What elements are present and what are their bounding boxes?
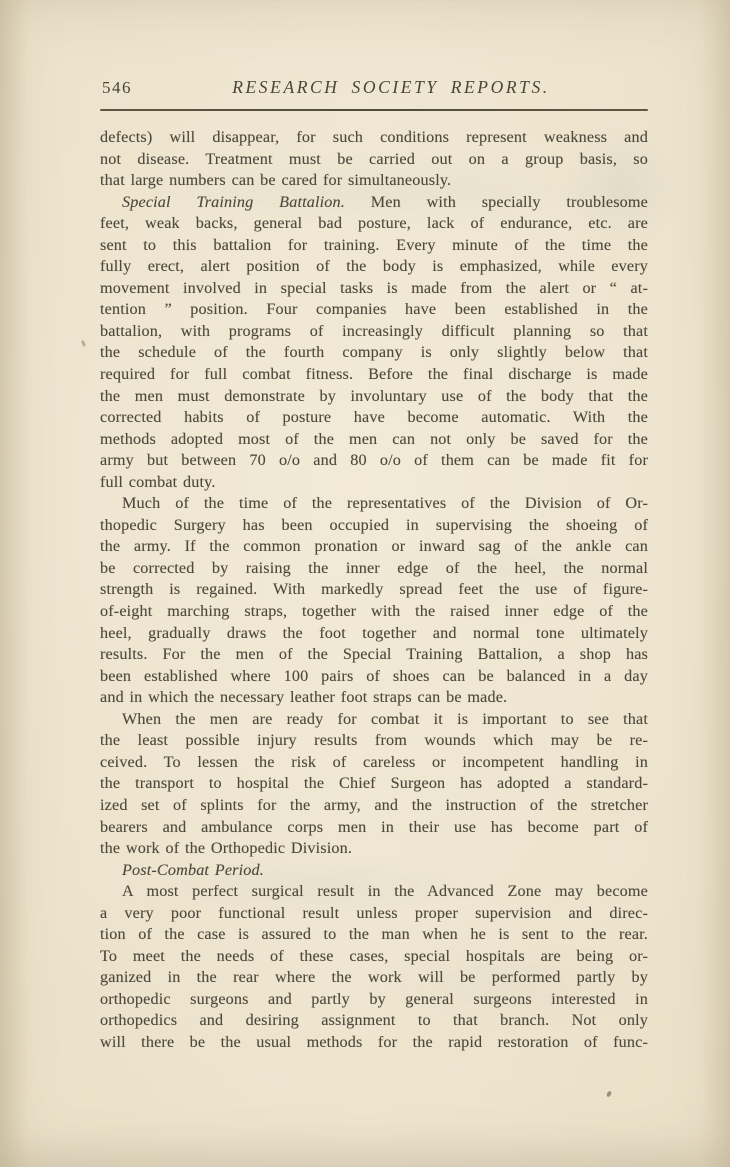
- body-text: the schedule of the fourth company is on…: [100, 343, 648, 361]
- text-line: tion of the case is assured to the man w…: [100, 924, 648, 946]
- body-text: tion of the case is assured to the man w…: [100, 925, 648, 943]
- text-line: of-eight marching straps, together with …: [100, 601, 648, 623]
- body-text: defects) will disappear, for such condit…: [100, 128, 648, 146]
- body-text: ganized in the rear where the work will …: [100, 968, 648, 986]
- text-line: required for full combat fitness. Before…: [100, 364, 648, 386]
- paragraph: Much of the time of the representatives …: [100, 493, 648, 708]
- body-text: and in which the necessary leather foot …: [100, 688, 507, 706]
- body-text: the army. If the common pronation or inw…: [100, 537, 648, 555]
- body-text: battalion, with programs of increasingly…: [100, 322, 648, 340]
- body-text: the least possible injury results from w…: [100, 731, 648, 749]
- body-text: army but between 70 o/o and 80 o/o of th…: [100, 451, 648, 469]
- text-line: will there be the usual methods for the …: [100, 1032, 648, 1054]
- paper-speck: [81, 340, 87, 348]
- text-line: battalion, with programs of increasingly…: [100, 321, 648, 343]
- text-line: strength is regained. With markedly spre…: [100, 579, 648, 601]
- body-text: full combat duty.: [100, 473, 216, 491]
- text-line: be corrected by raising the inner edge o…: [100, 558, 648, 580]
- text-line: results. For the men of the Special Trai…: [100, 644, 648, 666]
- body-text: ceived. To lessen the risk of careless o…: [100, 753, 648, 771]
- italic-text: Special Training Battalion.: [122, 193, 345, 211]
- body-text: thopedic Surgery has been occupied in su…: [100, 516, 648, 534]
- text-line: orthopedics and desiring assignment to t…: [100, 1010, 648, 1032]
- body-text: strength is regained. With markedly spre…: [100, 580, 648, 598]
- text-line: not disease. Treatment must be carried o…: [100, 149, 648, 171]
- body-text: be corrected by raising the inner edge o…: [100, 559, 648, 577]
- text-line: Much of the time of the representatives …: [100, 493, 648, 515]
- text-line: sent to this battalion for training. Eve…: [100, 235, 648, 257]
- text-line: Post-Combat Period.: [100, 860, 648, 882]
- paragraph: Post-Combat Period.: [100, 860, 648, 882]
- body-text: a very poor functional result unless pro…: [100, 904, 648, 922]
- text-line: ized set of splints for the army, and th…: [100, 795, 648, 817]
- text-line: ganized in the rear where the work will …: [100, 967, 648, 989]
- text-line: ceived. To lessen the risk of careless o…: [100, 752, 648, 774]
- body-text: of-eight marching straps, together with …: [100, 602, 648, 620]
- text-line: a very poor functional result unless pro…: [100, 903, 648, 925]
- body-text: Much of the time of the representatives …: [122, 494, 648, 512]
- body-text: A most perfect surgical result in the Ad…: [122, 882, 648, 900]
- text-line: A most perfect surgical result in the Ad…: [100, 881, 648, 903]
- text-line: When the men are ready for combat it is …: [100, 709, 648, 731]
- body-text: tention ” position. Four companies have …: [100, 300, 648, 318]
- body-text: the work of the Orthopedic Division.: [100, 839, 352, 857]
- text-line: full combat duty.: [100, 472, 648, 494]
- text-line: been established where 100 pairs of shoe…: [100, 666, 648, 688]
- text-line: feet, weak backs, general bad posture, l…: [100, 213, 648, 235]
- text-column: 546 RESEARCH SOCIETY REPORTS. defects) w…: [100, 0, 648, 1054]
- body-text: bearers and ambulance corps men in their…: [100, 818, 648, 836]
- text-line: the least possible injury results from w…: [100, 730, 648, 752]
- text-line: bearers and ambulance corps men in their…: [100, 817, 648, 839]
- body-text: the transport to hospital the Chief Surg…: [100, 774, 648, 792]
- body-text: the men must demonstrate by involuntary …: [100, 387, 648, 405]
- text-line: the schedule of the fourth company is on…: [100, 342, 648, 364]
- text-line: the army. If the common pronation or inw…: [100, 536, 648, 558]
- italic-text: Post-Combat Period.: [122, 861, 264, 879]
- page-number: 546: [102, 78, 132, 98]
- text-line: orthopedic surgeons and partly by genera…: [100, 989, 648, 1011]
- text-line: the men must demonstrate by involuntary …: [100, 386, 648, 408]
- body-text: heel, gradually draws the foot together …: [100, 624, 648, 642]
- header-rule: [100, 109, 648, 111]
- body-text: been established where 100 pairs of shoe…: [100, 667, 648, 685]
- text-line: methods adopted most of the men can not …: [100, 429, 648, 451]
- body-text: that large numbers can be cared for simu…: [100, 171, 451, 189]
- book-page: 546 RESEARCH SOCIETY REPORTS. defects) w…: [0, 0, 730, 1167]
- body-text: orthopedics and desiring assignment to t…: [100, 1011, 648, 1029]
- body-text: Men with specially troublesome: [345, 193, 648, 211]
- running-header: 546 RESEARCH SOCIETY REPORTS.: [100, 77, 648, 101]
- text-line: the work of the Orthopedic Division.: [100, 838, 648, 860]
- body-text: methods adopted most of the men can not …: [100, 430, 648, 448]
- text-line: corrected habits of posture have become …: [100, 407, 648, 429]
- text-line: that large numbers can be cared for simu…: [100, 170, 648, 192]
- body-text: movement involved in special tasks is ma…: [100, 279, 648, 297]
- body-text: corrected habits of posture have become …: [100, 408, 648, 426]
- text-line: tention ” position. Four companies have …: [100, 299, 648, 321]
- running-header-title: RESEARCH SOCIETY REPORTS.: [100, 77, 648, 98]
- body-text: To meet the needs of these cases, specia…: [100, 947, 648, 965]
- body-text: results. For the men of the Special Trai…: [100, 645, 648, 663]
- body-text: ized set of splints for the army, and th…: [100, 796, 648, 814]
- text-line: movement involved in special tasks is ma…: [100, 278, 648, 300]
- paragraph: Special Training Battalion. Men with spe…: [100, 192, 648, 494]
- body-text: sent to this battalion for training. Eve…: [100, 236, 648, 254]
- body-text: fully erect, alert position of the body …: [100, 257, 648, 275]
- paragraph: A most perfect surgical result in the Ad…: [100, 881, 648, 1053]
- text-line: and in which the necessary leather foot …: [100, 687, 648, 709]
- text-line: Special Training Battalion. Men with spe…: [100, 192, 648, 214]
- text-line: the transport to hospital the Chief Surg…: [100, 773, 648, 795]
- body-text: orthopedic surgeons and partly by genera…: [100, 990, 648, 1008]
- body-text: feet, weak backs, general bad posture, l…: [100, 214, 648, 232]
- paragraph: When the men are ready for combat it is …: [100, 709, 648, 860]
- text-block: defects) will disappear, for such condit…: [100, 127, 648, 1054]
- text-line: defects) will disappear, for such condit…: [100, 127, 648, 149]
- text-line: army but between 70 o/o and 80 o/o of th…: [100, 450, 648, 472]
- body-text: When the men are ready for combat it is …: [122, 710, 648, 728]
- paper-speck: [606, 1090, 612, 1097]
- body-text: will there be the usual methods for the …: [100, 1033, 648, 1051]
- text-line: heel, gradually draws the foot together …: [100, 623, 648, 645]
- paragraph: defects) will disappear, for such condit…: [100, 127, 648, 192]
- body-text: required for full combat fitness. Before…: [100, 365, 648, 383]
- body-text: not disease. Treatment must be carried o…: [100, 150, 648, 168]
- text-line: To meet the needs of these cases, specia…: [100, 946, 648, 968]
- text-line: fully erect, alert position of the body …: [100, 256, 648, 278]
- text-line: thopedic Surgery has been occupied in su…: [100, 515, 648, 537]
